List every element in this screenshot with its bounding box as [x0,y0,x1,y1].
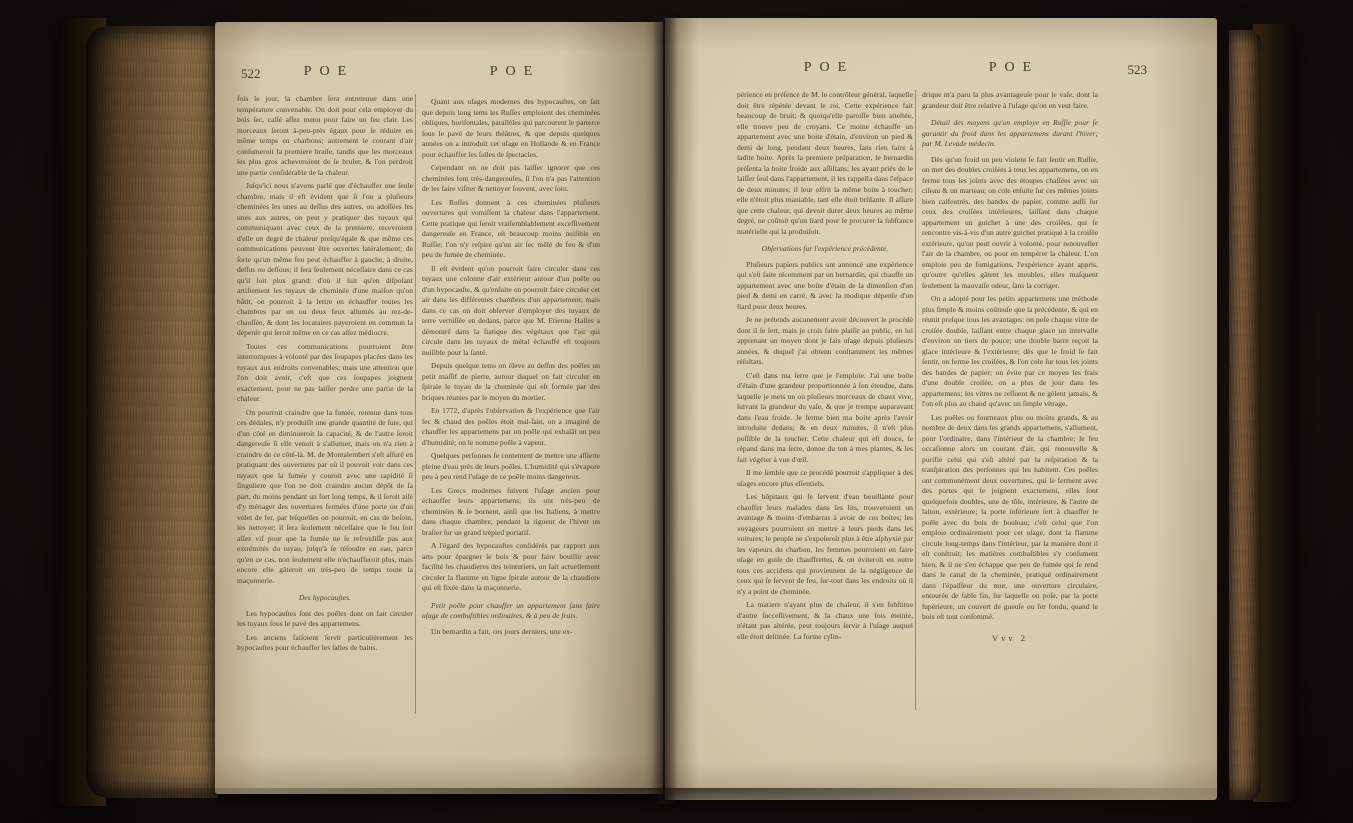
column-rule [415,94,416,714]
running-head: POE [737,60,913,76]
paragraph: fois le jour, la chambre ſera entretenue… [237,94,413,178]
section-heading: Détail des moyens qu'on employe en Ruſſi… [922,118,1098,150]
paragraph: Juſqu'ici nous n'avons parlé que d'échau… [237,181,413,339]
paragraph: Cependant on ne doit pas laiſſer ignorer… [422,163,600,195]
paragraph: drique m'a paru la plus avantageuſe pour… [922,90,1098,111]
text-column: fois le jour, la chambre ſera entretenue… [237,94,413,728]
paragraph: En 1772, d'après l'obſervation & l'expér… [422,406,600,448]
section-heading: Petit poêle pour chauffer un appartement… [422,601,600,622]
running-head: POE [237,64,413,80]
left-page-header: 522 POE POE [215,64,663,84]
page-number-right: 523 [1128,62,1148,78]
column-rule [915,90,916,710]
section-heading: Obſervations ſur l'expérience précédente… [737,244,913,255]
paragraph: Depuis quelque tems on éleve au deſſus d… [422,361,600,403]
right-page: POE POE 523 périence en préſence de M. l… [665,18,1217,800]
paragraph: Les Ruſſes donnent à ces cheminées pluſi… [422,198,600,261]
photo-background: 522 POE POE fois le jour, la chambre ſer… [0,0,1353,823]
right-page-fore-edge [1229,30,1261,800]
paragraph: Quelques perſonnes ſe contentent de mett… [422,451,600,483]
paragraph: Je ne prétends aucunement avoir découver… [737,315,913,368]
book-gutter-shadow [652,16,678,804]
book-spread: 522 POE POE fois le jour, la chambre ſer… [58,10,1295,810]
paragraph: Il me ſemble que ce procédé pourroit s'a… [737,468,913,489]
right-page-header: POE POE 523 [665,60,1217,80]
paragraph: Dès qu'un froid un peu violent ſe fait ſ… [922,155,1098,292]
paragraph: Pluſieurs papiers publics ont annoncé un… [737,260,913,313]
running-head: POE [422,64,600,80]
paragraph: Il eſt évident qu'on pourroit faire circ… [422,264,600,359]
left-page-fore-edge [86,26,218,798]
paragraph: Un bernardin a fait, ces jours derniers,… [422,627,600,638]
text-column: Quant aux uſages modernes des hypocauſte… [422,94,600,728]
text-column: périence en préſence de M. le contrôleur… [737,90,913,724]
paragraph: On a adopté pour les petits appartemens … [922,294,1098,410]
section-heading: Des hypocauſtes. [237,593,413,604]
paragraph: Les hypocauſtes ſont des poêles dont on … [237,609,413,630]
paragraph: On pourroit craindre que la fumée, reten… [237,408,413,587]
paragraph: La matiere n'ayant plus de chaleur, il s… [737,600,913,642]
signature-mark: Vvv 2 [922,633,1098,644]
left-page: 522 POE POE fois le jour, la chambre ſer… [215,22,663,794]
paragraph: périence en préſence de M. le contrôleur… [737,90,913,237]
paragraph: C'eſt dans ma ſerre que je l'emploie. J'… [737,371,913,466]
paragraph: Les poêles ou fourneaux plus ou moins gr… [922,413,1098,623]
text-column: drique m'a paru la plus avantageuſe pour… [922,90,1098,724]
paragraph: Toutes ces communications pourroient êtr… [237,342,413,405]
paragraph: Quant aux uſages modernes des hypocauſte… [422,97,600,160]
paragraph: Les anciens faiſoient ſervir particuliér… [237,633,413,654]
running-head: POE [922,60,1098,76]
paragraph: Les hôpitaux qui ſe ſervent d'eau bouill… [737,492,913,597]
paragraph: Les Grecs modernes ſuivent l'uſage ancie… [422,486,600,539]
paragraph: A l'égard des hypocauſtes conſidérés par… [422,541,600,594]
